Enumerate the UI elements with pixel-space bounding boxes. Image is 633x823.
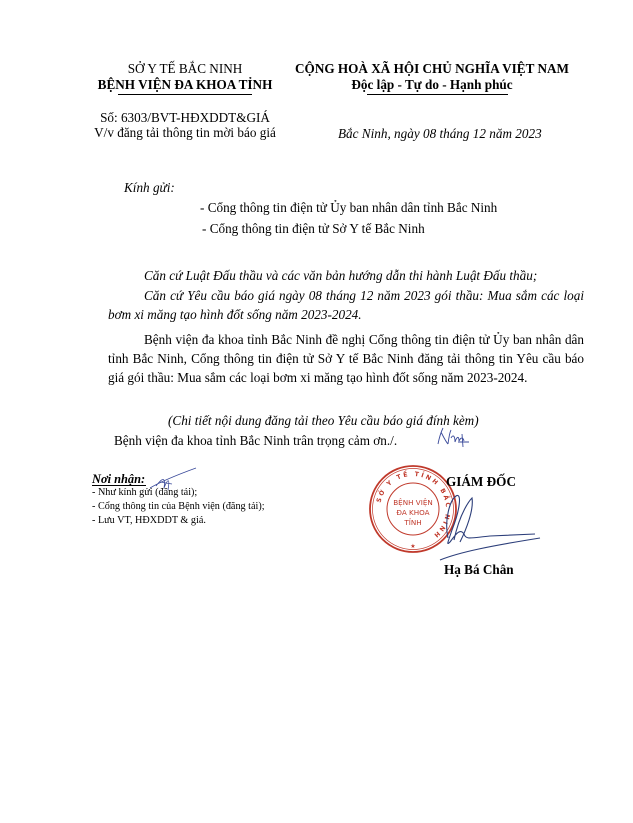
motto-underline [367, 94, 508, 95]
distribution-item: - Như kính gửi (đăng tải); [92, 487, 197, 498]
recipient-item: - Cổng thông tin điện tử Sở Y tế Bắc Nin… [202, 221, 425, 237]
national-title: CỘNG HOÀ XÃ HỘI CHỦ NGHĨA VIỆT NAM [282, 61, 582, 77]
request-paragraph: Bệnh viện đa khoa tỉnh Bắc Ninh đề nghị … [108, 330, 584, 387]
distribution-underline [92, 485, 146, 486]
initials-signature-icon [436, 426, 472, 448]
director-signature-icon [400, 490, 550, 565]
place-and-date: Bắc Ninh, ngày 08 tháng 12 năm 2023 [338, 126, 542, 142]
signer-name: Hạ Bá Chân [444, 562, 514, 578]
recipient-item: - Cổng thông tin điện tử Ủy ban nhân dân… [200, 200, 497, 216]
recipients-label: Kính gửi: [124, 180, 175, 196]
organization-underline [118, 94, 252, 95]
agency-name: SỞ Y TẾ BẮC NINH [72, 61, 298, 77]
distribution-item: - Cổng thông tin của Bệnh viện (đăng tải… [92, 501, 265, 512]
thanks-line: Bệnh viện đa khoa tỉnh Bắc Ninh trân trọ… [114, 433, 397, 449]
document-subject: V/v đăng tải thông tin mời báo giá [62, 125, 308, 141]
distribution-item: - Lưu VT, HĐXDDT & giá. [92, 515, 206, 526]
legal-basis-1: Căn cứ Luật Đấu thầu và các văn bản hướn… [108, 266, 586, 285]
organization-name: BỆNH VIỆN ĐA KHOA TỈNH [72, 77, 298, 93]
national-motto: Độc lập - Tự do - Hạnh phúc [282, 77, 582, 93]
legal-basis-2: Căn cứ Yêu cầu báo giá ngày 08 tháng 12 … [108, 286, 584, 324]
document-number: Số: 6303/BVT-HĐXDDT&GIÁ [62, 110, 308, 126]
signer-title: GIÁM ĐỐC [446, 474, 516, 490]
attachment-note: (Chi tiết nội dung đăng tải theo Yêu cầu… [168, 413, 479, 429]
